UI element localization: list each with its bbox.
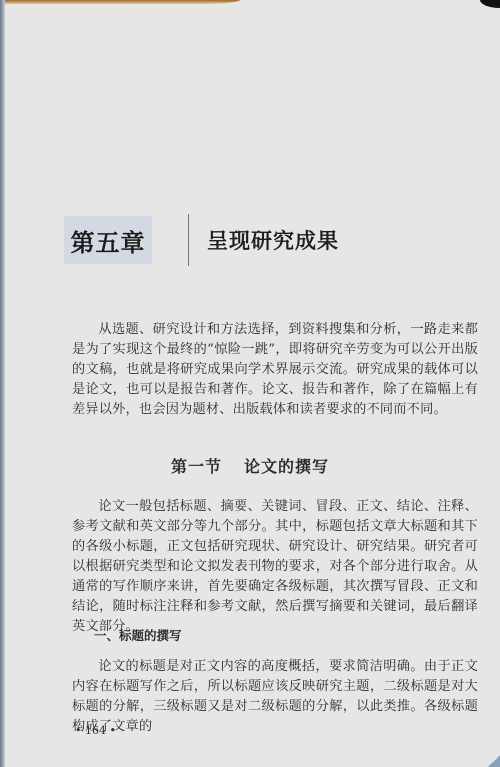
section-paragraph: 论文一般包括标题、摘要、关键词、冒段、正文、结论、注释、参考文献和英文部分等九个… — [72, 497, 478, 637]
page-top-edge — [5, 0, 240, 4]
section-title: 论文的撰写 — [244, 457, 329, 476]
section-heading: 第一节论文的撰写 — [0, 454, 500, 477]
section-number: 第一节 — [171, 457, 222, 476]
chapter-label: 第五章 — [64, 216, 152, 264]
page-corner-shadow — [480, 0, 500, 8]
intro-paragraph: 从选题、研究设计和方法选择，到资料搜集和分析，一路走来都是为了实现这个最终的“惊… — [72, 320, 478, 420]
subsection-heading: 一、标题的撰写 — [94, 626, 182, 644]
chapter-divider — [188, 214, 189, 266]
chapter-title: 呈现研究成果 — [207, 225, 339, 255]
page-number: • 164 • — [75, 724, 116, 737]
page-corner-fold — [488, 755, 500, 767]
page-left-edge — [0, 0, 5, 767]
subsection-paragraph: 论文的标题是对正文内容的高度概括，要求简洁明确。由于正文内容在标题写作之后，所以… — [72, 657, 478, 737]
chapter-heading: 第五章 呈现研究成果 — [64, 213, 339, 267]
